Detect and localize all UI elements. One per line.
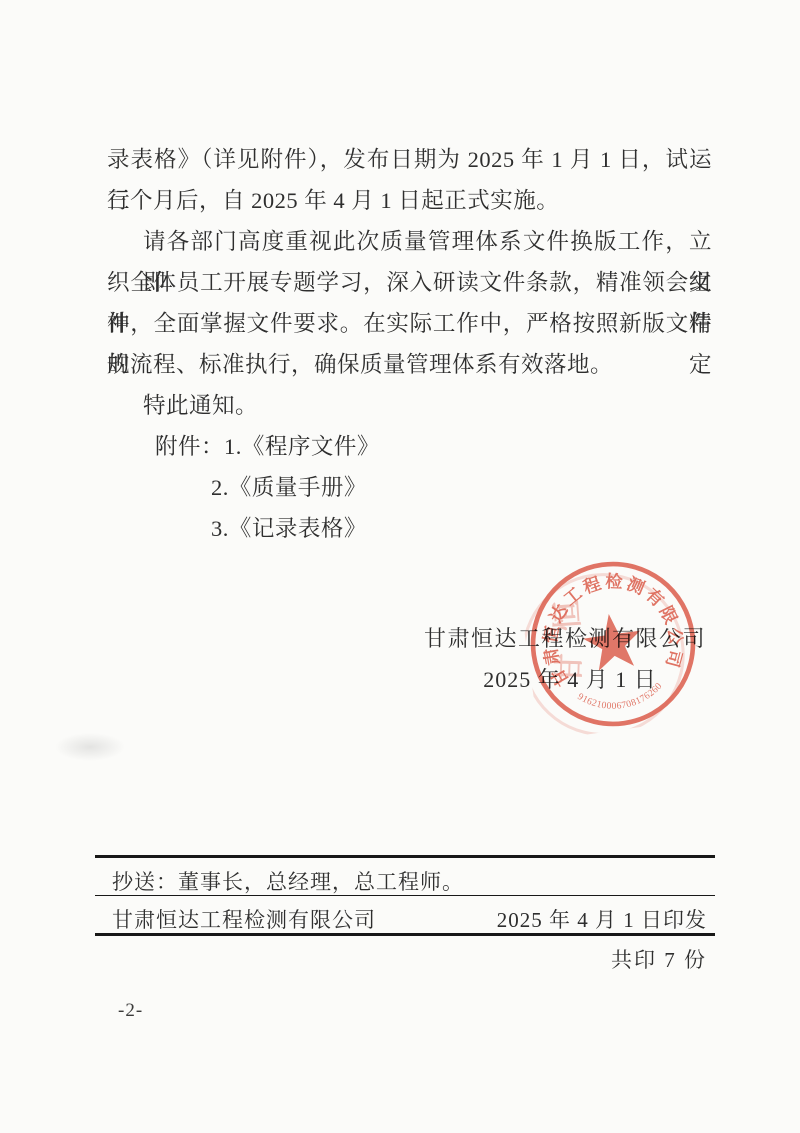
footer-rule-middle xyxy=(95,895,715,896)
body-line: 三个月后，自 2025 年 4 月 1 日起正式实施。 xyxy=(107,180,712,221)
issue-row: 甘肃恒达工程检测有限公司 2025 年 4 月 1 日印发 xyxy=(112,904,707,934)
copies-count: 共印 7 份 xyxy=(611,944,707,974)
footer-rule-top xyxy=(95,855,715,858)
issuer-name: 甘肃恒达工程检测有限公司 xyxy=(112,904,376,934)
body-line: 神，全面掌握文件要求。在实际工作中，严格按照新版文件规定 xyxy=(107,303,712,344)
body-line: 录表格》（详见附件），发布日期为 2025 年 1 月 1 日，试运行 xyxy=(107,139,712,180)
attachment-heading: 附件：1.《程序文件》 xyxy=(107,426,712,467)
body-line: 请各部门高度重视此次质量管理体系文件换版工作，立即组 xyxy=(107,221,712,262)
body-line: 织全体员工开展专题学习，深入研读文件条款，精准领会文件精 xyxy=(107,262,712,303)
cc-line: 抄送：董事长，总经理，总工程师。 xyxy=(112,866,464,896)
scan-smudge xyxy=(55,733,125,761)
closing-phrase: 特此通知。 xyxy=(107,385,712,426)
document-page: 录表格》（详见附件），发布日期为 2025 年 1 月 1 日，试运行 三个月后… xyxy=(0,0,800,1133)
signature-company: 甘肃恒达工程检测有限公司 xyxy=(424,622,706,653)
signature-date: 2025 年 4 月 1 日 xyxy=(483,663,657,694)
notice-body: 录表格》（详见附件），发布日期为 2025 年 1 月 1 日，试运行 三个月后… xyxy=(107,139,712,549)
page-number: -2- xyxy=(118,1000,143,1022)
attachment-item: 2.《质量手册》 xyxy=(107,467,712,508)
attachment-item: 3.《记录表格》 xyxy=(107,508,712,549)
footer-rule-bottom xyxy=(95,933,715,936)
issue-date: 2025 年 4 月 1 日印发 xyxy=(497,904,707,934)
